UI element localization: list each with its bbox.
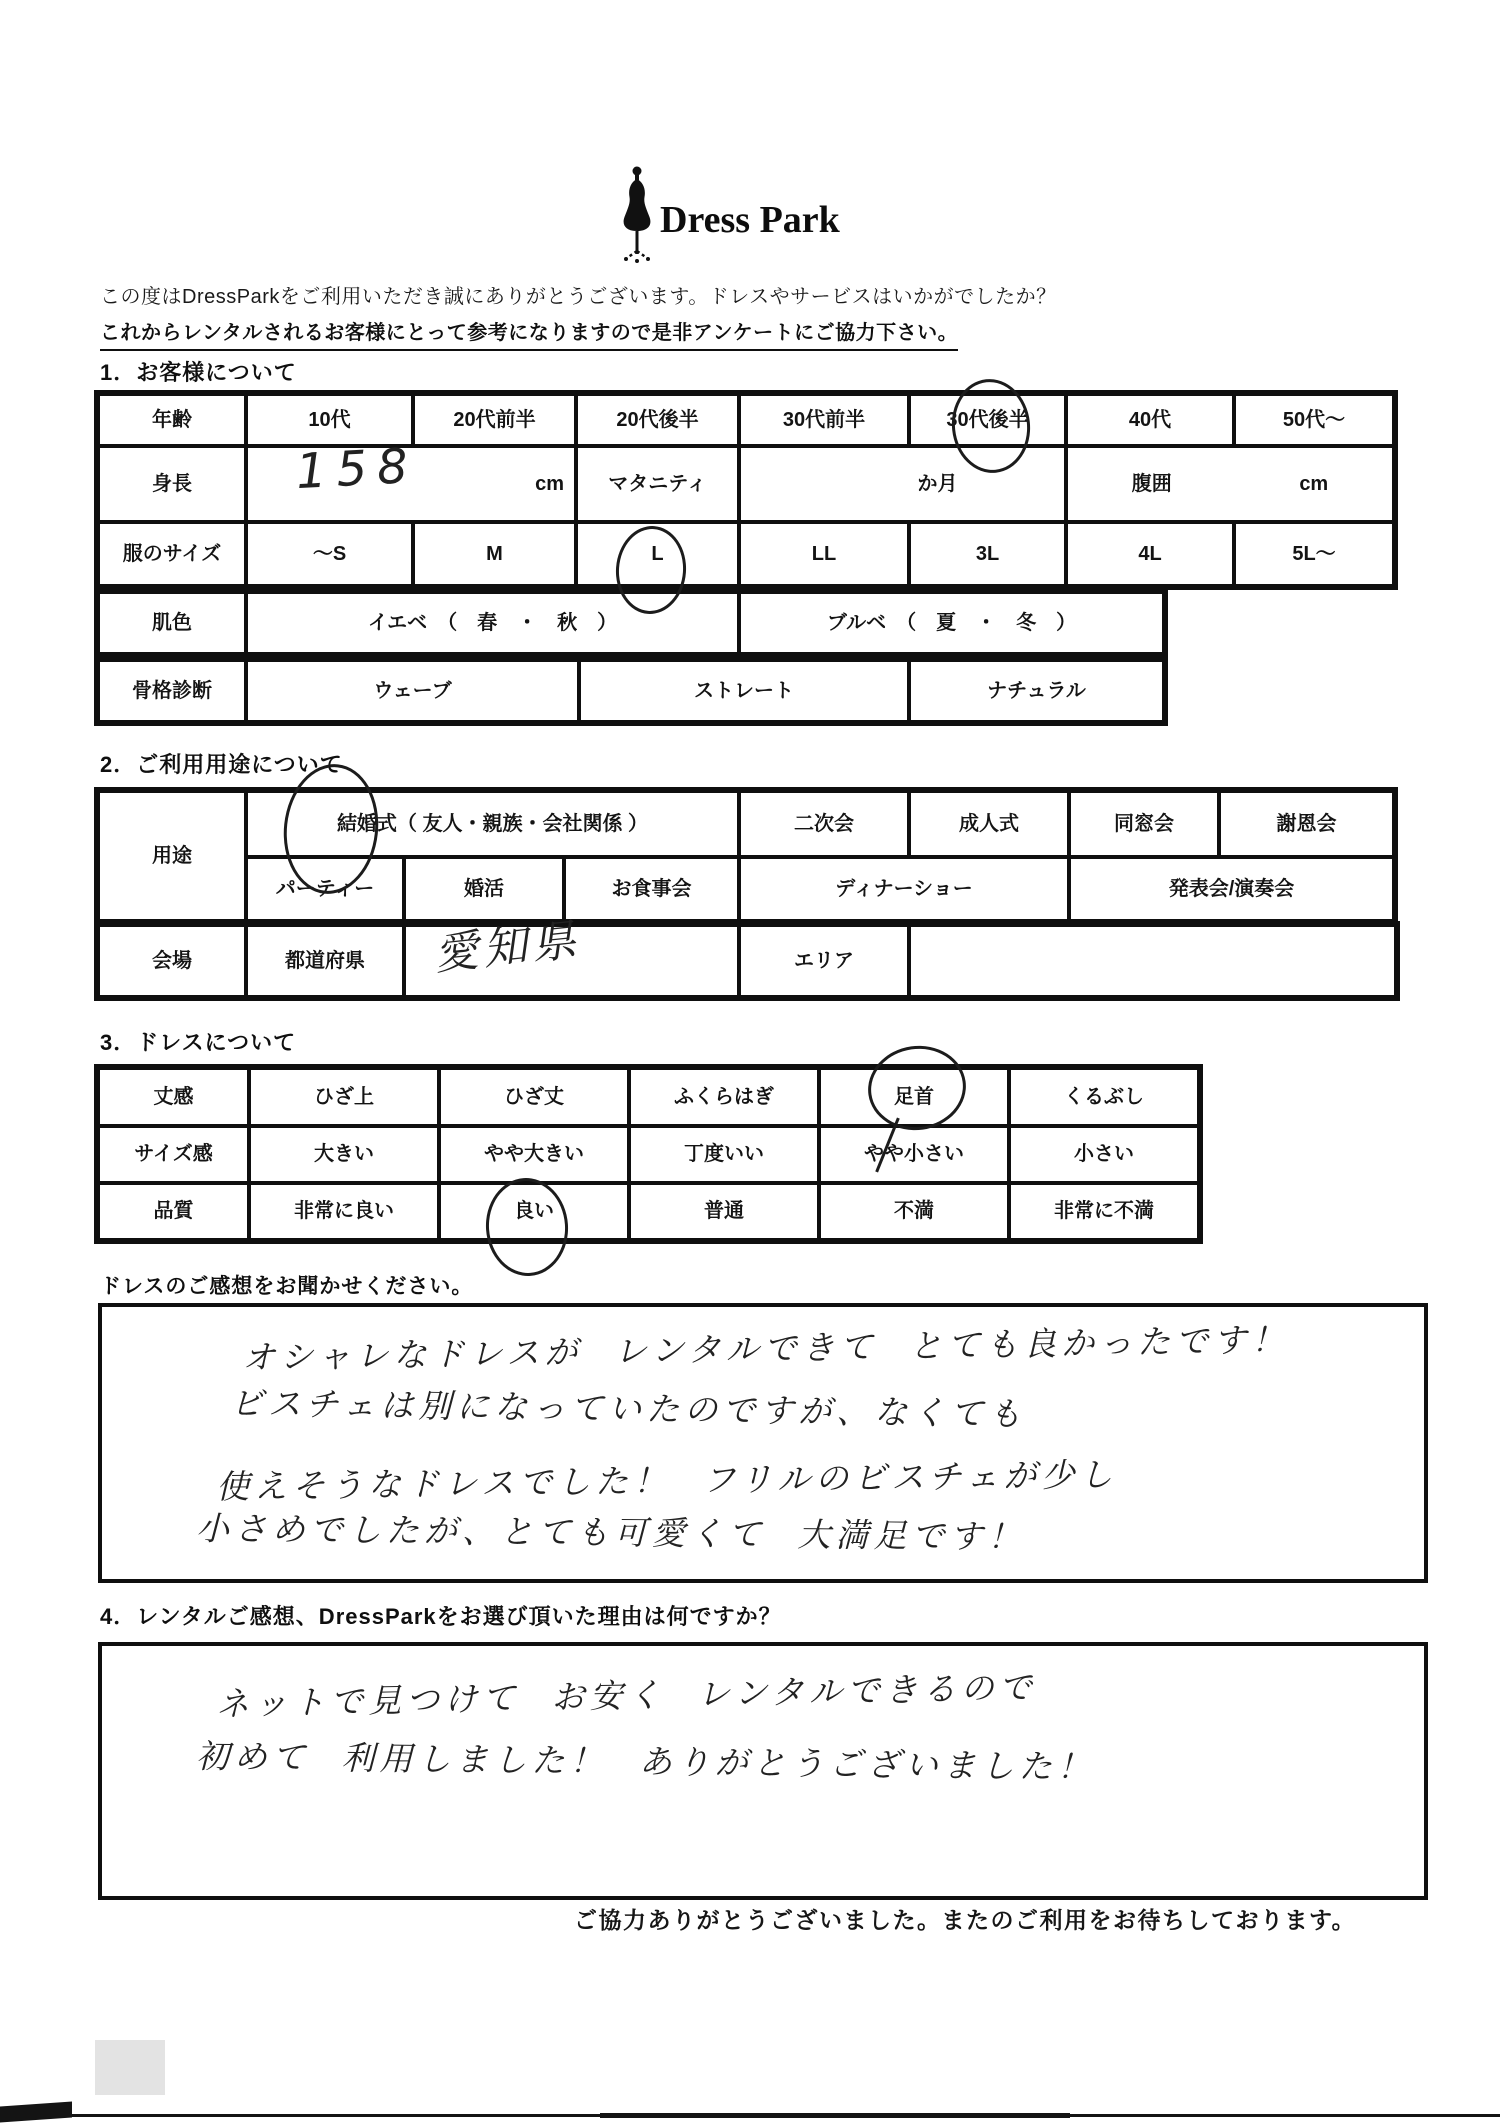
age-option: 20代後半	[576, 394, 739, 446]
skeleton-option: ウェーブ	[246, 660, 579, 722]
waist-unit: cm	[1299, 473, 1328, 496]
fit-option: 丁度いい	[629, 1126, 819, 1183]
fit-option: やや大きい	[439, 1126, 629, 1183]
skeleton-option: ナチュラル	[909, 660, 1164, 722]
dress-table: 丈感 ひざ上 ひざ丈 ふくらはぎ 足首 くるぶし サイズ感 大きい やや大きい …	[94, 1064, 1203, 1244]
feedback-box: オシャレなドレスが レンタルできて とても良かったです！ ビスチェは別になってい…	[98, 1303, 1428, 1583]
purpose-option: 二次会	[739, 791, 909, 857]
purpose-option: ディナーショー	[739, 857, 1069, 921]
purpose-label: 用途	[98, 791, 246, 921]
section4-heading: 4．レンタルご感想、DressParkをお選び頂いた理由は何ですか？	[100, 1600, 782, 1631]
feedback-handwritten-line: ビスチェは別になっていたのですが、なくても	[230, 1377, 1027, 1435]
height-label: 身長	[98, 446, 246, 522]
length-option: ひざ丈	[439, 1068, 629, 1126]
fit-label: サイズ感	[98, 1126, 249, 1183]
quality-label: 品質	[98, 1183, 249, 1240]
purpose-option: 発表会/演奏会	[1069, 857, 1394, 921]
age-option: 40代	[1066, 394, 1234, 446]
skeleton-table: 骨格診断 ウェーブ ストレート ナチュラル	[94, 656, 1168, 726]
length-option: くるぶし	[1009, 1068, 1199, 1126]
length-label: 丈感	[98, 1068, 249, 1126]
purpose-option: 謝恩会	[1219, 791, 1394, 857]
skin-option-blue: ブルベ （ 夏 ・ 冬 ）	[739, 592, 1164, 654]
questionnaire-scan: Dress Park この度はDressParkをご利用いただき誠にありがとうご…	[0, 0, 1500, 2127]
maternity-label: マタニティ	[576, 446, 739, 522]
prefecture-label: 都道府県	[246, 925, 404, 997]
venue-table: 会場 都道府県 愛知県 エリア	[94, 921, 1400, 1001]
intro-request: これからレンタルされるお客様にとって参考になりますので是非アンケートにご協力下さ…	[100, 316, 958, 351]
waist-label: 腹囲	[1132, 473, 1172, 496]
logo	[620, 166, 654, 269]
reason-box: ネットで見つけて お安く レンタルできるので 初めて 利用しました！ ありがとう…	[98, 1642, 1428, 1900]
age-option: 50代～	[1234, 394, 1394, 446]
scan-artifact-blob	[0, 2101, 72, 2122]
section1-heading: 1．お客様について	[100, 356, 297, 387]
feedback-prompt: ドレスのご感想をお聞かせください。	[100, 1270, 473, 1300]
size-option: 5L～	[1234, 522, 1394, 586]
area-value-cell	[909, 925, 1396, 997]
scan-artifact-line	[600, 2113, 1070, 2118]
size-label: 服のサイズ	[98, 522, 246, 586]
length-option: ひざ上	[249, 1068, 439, 1126]
waist-cell: 腹囲 cm	[1066, 446, 1394, 522]
fit-option: 大きい	[249, 1126, 439, 1183]
purpose-option: 同窓会	[1069, 791, 1219, 857]
reason-handwritten-line: 初めて 利用しました！ ありがとうございました！	[196, 1731, 1095, 1789]
purpose-option: 婚活	[404, 857, 564, 921]
logo-wordmark: Dress Park	[660, 198, 840, 242]
size-option: LL	[739, 522, 909, 586]
skeleton-option: ストレート	[579, 660, 909, 722]
age-option: 20代前半	[413, 394, 576, 446]
customer-table: 年齢 10代 20代前半 20代後半 30代前半 30代後半 40代 50代～ …	[94, 390, 1398, 590]
scan-smudge	[95, 2040, 165, 2095]
size-option: 3L	[909, 522, 1066, 586]
section3-heading: 3．ドレスについて	[100, 1026, 296, 1057]
height-value-cell: 158 cm	[246, 446, 576, 522]
quality-option: 非常に不満	[1009, 1183, 1199, 1240]
skeleton-label: 骨格診断	[98, 660, 246, 722]
age-option: 10代	[246, 394, 413, 446]
reason-handwritten-line: ネットで見つけて お安く レンタルできるので	[216, 1661, 1038, 1725]
age-label: 年齢	[98, 394, 246, 446]
skin-label: 肌色	[98, 592, 246, 654]
dress-form-icon	[620, 166, 654, 264]
size-option: 4L	[1066, 522, 1234, 586]
purpose-option: 成人式	[909, 791, 1069, 857]
fit-option: やや小さい	[819, 1126, 1009, 1183]
purpose-option: お食事会	[564, 857, 739, 921]
length-option: ふくらはぎ	[629, 1068, 819, 1126]
feedback-handwritten-line: 小さめでしたが、とても可愛くて 大満足です！	[196, 1503, 1026, 1559]
size-option: M	[413, 522, 576, 586]
venue-label: 会場	[98, 925, 246, 997]
feedback-handwritten-line: オシャレなドレスが レンタルできて とても良かったです！	[242, 1314, 1290, 1379]
fit-option: 小さい	[1009, 1126, 1199, 1183]
footer-message: ご協力ありがとうございました。またのご利用をお待ちしております。	[574, 1902, 1356, 1935]
quality-option: 不満	[819, 1183, 1009, 1240]
feedback-handwritten-line: 使えそうなドレスでした！ フリルのビスチェが少し	[216, 1449, 1118, 1509]
quality-option: 普通	[629, 1183, 819, 1240]
size-option: ～S	[246, 522, 413, 586]
quality-option: 非常に良い	[249, 1183, 439, 1240]
prefecture-handwritten-value: 愛知県	[432, 915, 583, 981]
area-label: エリア	[739, 925, 909, 997]
age-option: 30代前半	[739, 394, 909, 446]
height-unit: cm	[535, 473, 564, 496]
intro-thanks: この度はDressParkをご利用いただき誠にありがとうございます。ドレスやサー…	[100, 280, 1057, 309]
prefecture-value-cell: 愛知県	[404, 925, 739, 997]
height-handwritten-value: 158	[295, 439, 419, 500]
